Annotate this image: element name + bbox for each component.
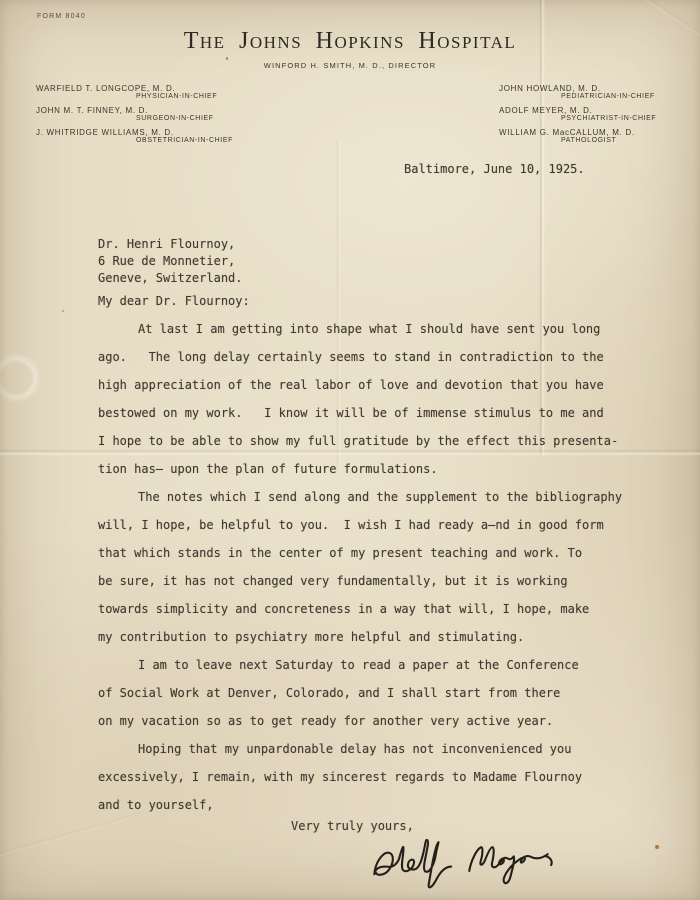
officer-name: J. WHITRIDGE WILLIAMS, M. D. <box>36 128 266 137</box>
officer-entry: JOHN HOWLAND, M. D. PEDIATRICIAN-IN-CHIE… <box>499 84 689 101</box>
officer-title: PEDIATRICIAN-IN-CHIEF <box>561 93 689 101</box>
officer-title: OBSTETRICIAN-IN-CHIEF <box>136 137 266 145</box>
officer-name: WARFIELD T. LONGCOPE, M. D. <box>36 84 266 93</box>
officer-entry: JOHN M. T. FINNEY, M. D. SURGEON-IN-CHIE… <box>36 106 266 123</box>
officers-right-column: JOHN HOWLAND, M. D. PEDIATRICIAN-IN-CHIE… <box>499 84 689 150</box>
director-line: WINFORD H. SMITH, M. D., DIRECTOR <box>0 61 700 70</box>
paragraph-3: I am to leave next Saturday to read a pa… <box>98 651 673 735</box>
officer-entry: ADOLF MEYER, M. D. PSYCHIATRIST-IN-CHIEF <box>499 106 689 123</box>
salutation: My dear Dr. Flournoy: <box>98 294 250 308</box>
rust-speck <box>655 845 659 849</box>
officer-title: SURGEON-IN-CHIEF <box>136 115 266 123</box>
officer-title: PHYSICIAN-IN-CHIEF <box>136 93 266 101</box>
officer-name: JOHN HOWLAND, M. D. <box>499 84 689 93</box>
hospital-title: The Johns Hopkins Hospital <box>0 28 700 55</box>
corner-crease <box>0 812 142 863</box>
letter-page: FORM 8040 The Johns Hopkins Hospital WIN… <box>0 0 700 900</box>
paragraph-2: The notes which I send along and the sup… <box>98 483 673 651</box>
officers-left-column: WARFIELD T. LONGCOPE, M. D. PHYSICIAN-IN… <box>36 84 266 150</box>
officer-entry: WARFIELD T. LONGCOPE, M. D. PHYSICIAN-IN… <box>36 84 266 101</box>
paragraph-4: Hoping that my unpardonable delay has no… <box>98 735 673 819</box>
officer-entry: J. WHITRIDGE WILLIAMS, M. D. OBSTETRICIA… <box>36 128 266 145</box>
officer-name: ADOLF MEYER, M. D. <box>499 106 689 115</box>
paper-speck <box>62 310 64 312</box>
recipient-address: Dr. Henri Flournoy, 6 Rue de Monnetier, … <box>98 236 243 287</box>
handwritten-signature <box>359 826 576 899</box>
dateline: Baltimore, June 10, 1925. <box>404 162 585 176</box>
paper-speck <box>226 57 228 60</box>
closing-line: Very truly yours, <box>291 819 414 833</box>
paragraph-1: At last I am getting into shape what I s… <box>98 315 673 483</box>
officer-title: PATHOLOGIST <box>561 137 689 145</box>
officer-name: JOHN M. T. FINNEY, M. D. <box>36 106 266 115</box>
form-number: FORM 8040 <box>37 13 86 20</box>
officer-title: PSYCHIATRIST-IN-CHIEF <box>561 115 689 123</box>
officer-entry: WILLIAM G. MacCALLUM, M. D. PATHOLOGIST <box>499 128 689 145</box>
officer-name: WILLIAM G. MacCALLUM, M. D. <box>499 128 689 137</box>
letter-body: At last I am getting into shape what I s… <box>98 315 673 819</box>
